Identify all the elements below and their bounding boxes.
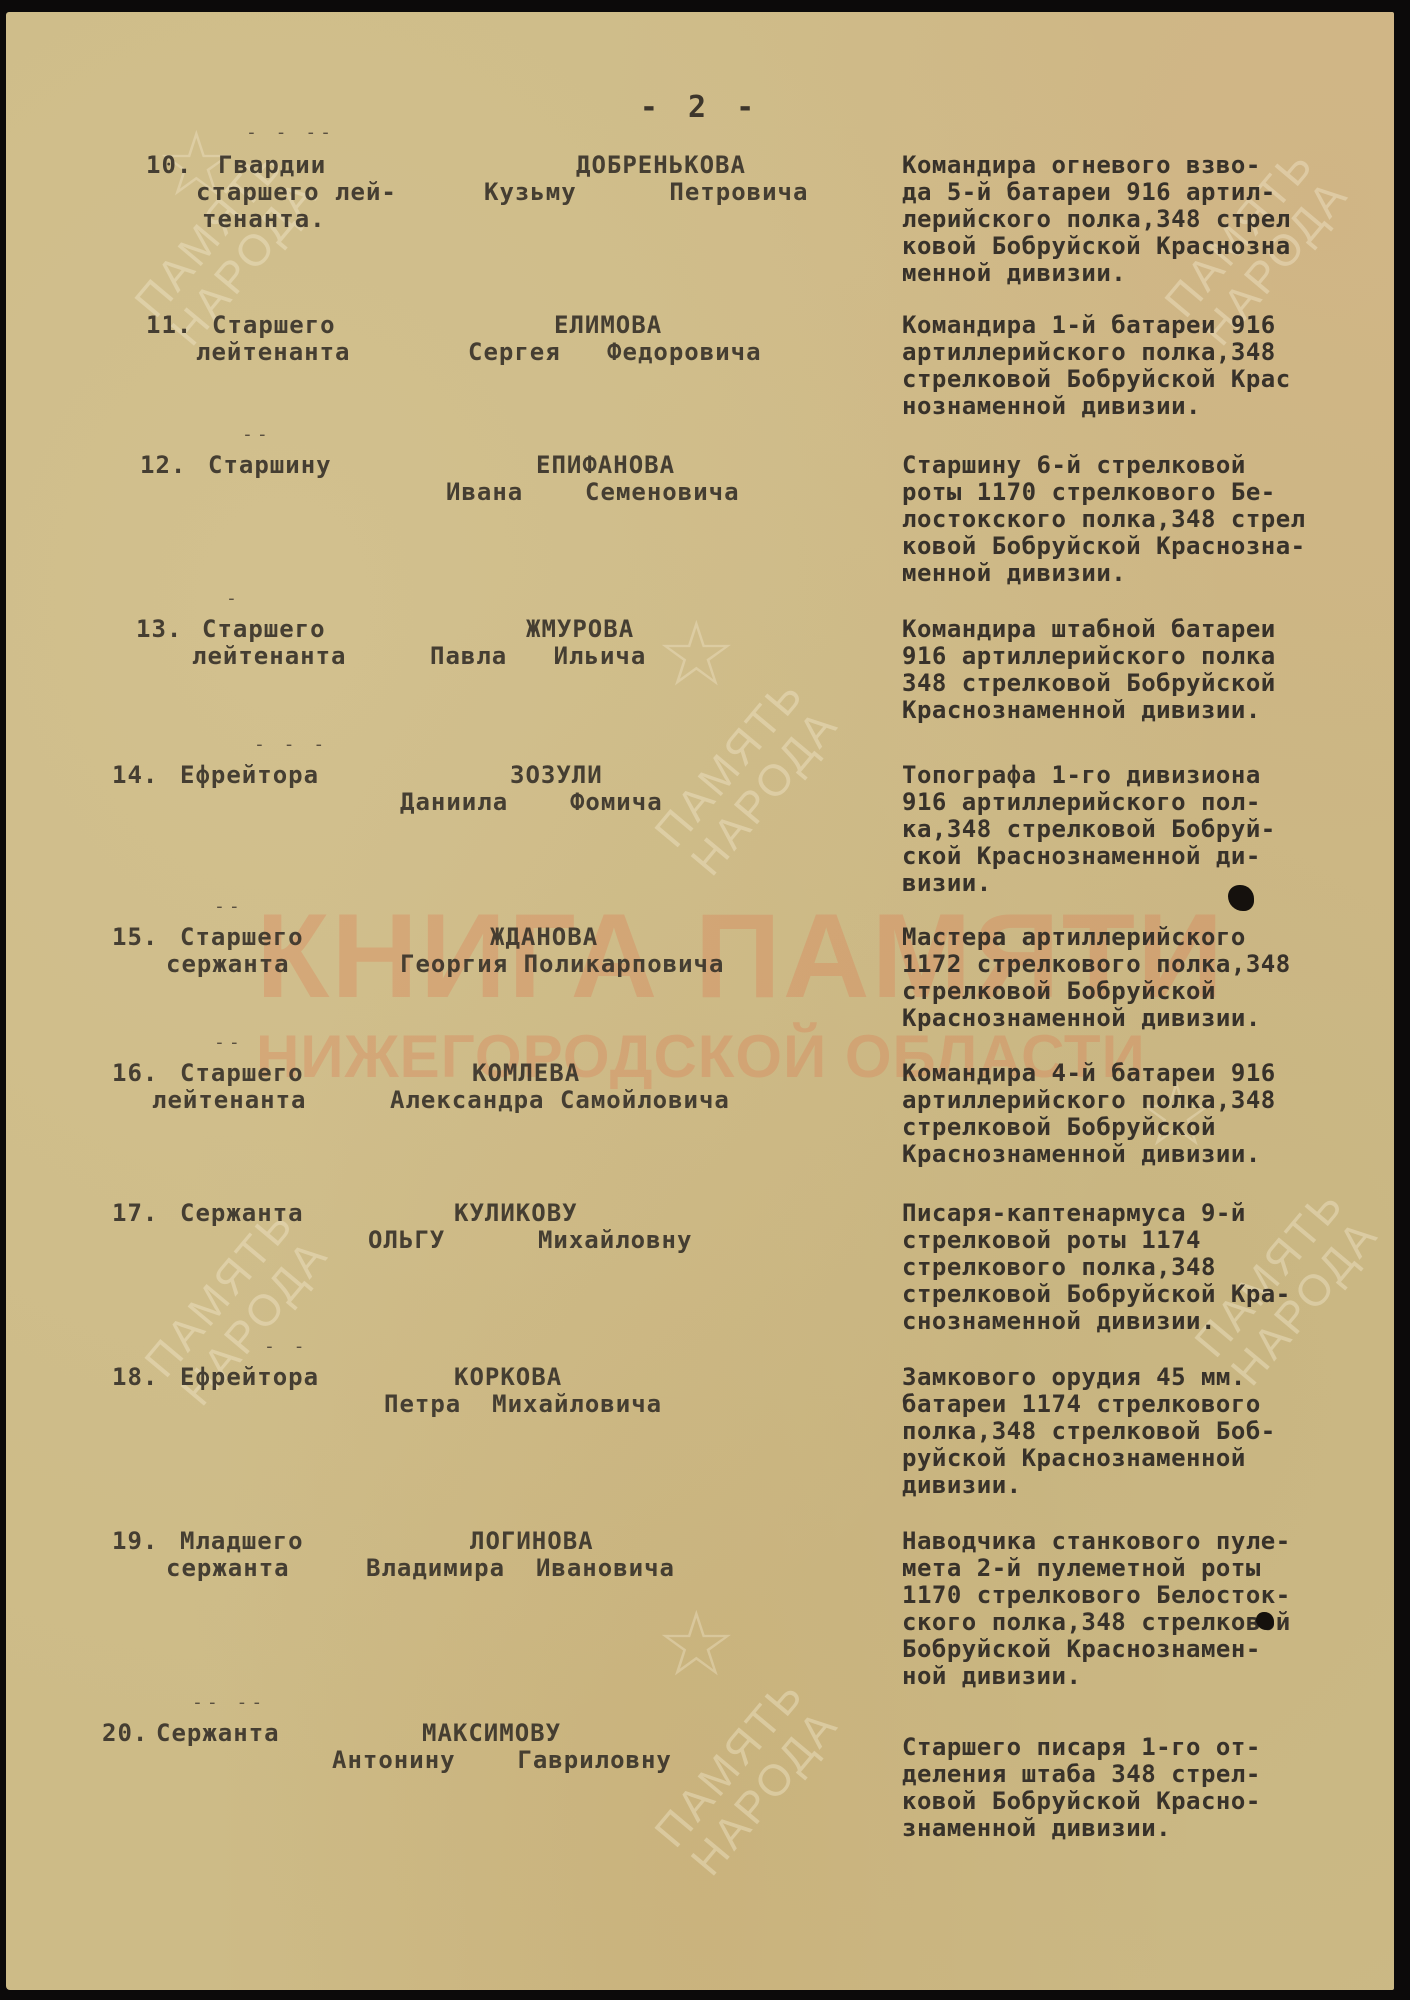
entry-surname: КОРКОВА: [454, 1364, 562, 1391]
separator-dashes: -- --: [192, 1692, 266, 1713]
entry-given-name: ОЛЬГУ Михайловну: [368, 1227, 692, 1254]
entry-rank: Ефрейтора: [180, 762, 319, 789]
entry-surname: ДОБРЕНЬКОВА: [576, 152, 746, 179]
entry-description: Командира 1-й батареи 916 артиллерийског…: [902, 312, 1394, 420]
document-page: ☆ ПАМЯТЬ НАРОДА ПАМЯТЬ НАРОДА ☆ ПАМЯТЬ Н…: [6, 12, 1394, 1990]
entry-description: Наводчика станкового пуле- мета 2-й пуле…: [902, 1528, 1394, 1690]
entry-rank: Старшего: [180, 924, 304, 951]
separator-dashes: - - --: [246, 122, 335, 143]
separator-dashes: - -: [264, 1336, 309, 1357]
entry-given-name: Петра Михайловича: [384, 1391, 662, 1418]
ink-blot: [1228, 885, 1254, 911]
entry-given-name: Сергея Федоровича: [468, 339, 762, 366]
entry-number: 18.: [112, 1364, 158, 1391]
entry-surname: ЖДАНОВА: [490, 924, 598, 951]
entry-rank: Старшего: [212, 312, 336, 339]
entry-number: 16.: [112, 1060, 158, 1087]
entry-number: 13.: [136, 616, 182, 643]
entry-rank: Старшего: [202, 616, 326, 643]
separator-dashes: --: [242, 424, 272, 445]
entry-number: 20.: [102, 1720, 148, 1747]
entry-number: 19.: [112, 1528, 158, 1555]
entry-number: 11.: [146, 312, 192, 339]
entry-rank: сержанта: [166, 951, 290, 978]
entry-number: 17.: [112, 1200, 158, 1227]
entry-description: Мастера артиллерийского 1172 стрелкового…: [902, 924, 1394, 1032]
entry-rank: Сержанта: [180, 1200, 304, 1227]
entry-given-name: Георгия Поликарповича: [400, 951, 724, 978]
entry-surname: КУЛИКОВУ: [454, 1200, 578, 1227]
entry-description: Старшину 6-й стрелковой роты 1170 стрелк…: [902, 452, 1394, 587]
pamyat-naroda-watermark: ПАМЯТЬ НАРОДА: [647, 671, 848, 886]
entry-rank: Младшего: [180, 1528, 304, 1555]
entry-rank: Старшину: [208, 452, 332, 479]
entry-description: Топографа 1-го дивизиона 916 артиллерийс…: [902, 762, 1394, 897]
entry-surname: МАКСИМОВУ: [422, 1720, 561, 1747]
entry-surname: ЖМУРОВА: [526, 616, 634, 643]
entry-surname: ЕПИФАНОВА: [536, 452, 675, 479]
entry-rank: лейтенанта: [196, 339, 351, 366]
entry-rank: Ефрейтора: [180, 1364, 319, 1391]
entry-given-name: Ивана Семеновича: [446, 479, 740, 506]
entry-rank: старшего лей-: [196, 179, 397, 206]
ink-blot: [1256, 1612, 1274, 1630]
separator-dashes: --: [214, 896, 244, 917]
entry-given-name: Даниила Фомича: [400, 789, 663, 816]
entry-rank: Старшего: [180, 1060, 304, 1087]
entry-rank: сержанта: [166, 1555, 290, 1582]
entry-surname: КОМЛЕВА: [472, 1060, 580, 1087]
entry-description: Писаря-каптенармуса 9-й стрелковой роты …: [902, 1200, 1394, 1335]
entry-surname: ЗОЗУЛИ: [510, 762, 603, 789]
entry-description: Командира 4-й батареи 916 артиллерийског…: [902, 1060, 1394, 1168]
star-watermark-icon: ☆: [656, 1592, 737, 1697]
separator-dashes: - - -: [254, 734, 328, 755]
star-watermark-icon: ☆: [656, 602, 737, 707]
entry-rank: лейтенанта: [152, 1087, 307, 1114]
entry-rank: лейтенанта: [192, 643, 347, 670]
entry-rank: Гвардии: [218, 152, 326, 179]
entry-given-name: Александра Самойловича: [390, 1087, 730, 1114]
separator-dashes: -: [226, 588, 241, 609]
pamyat-naroda-watermark: ПАМЯТЬ НАРОДА: [647, 1671, 848, 1886]
page-number: - 2 -: [6, 90, 1394, 125]
entry-description: Старшего писаря 1-го от- деления штаба 3…: [902, 1734, 1394, 1842]
entry-given-name: Кузьму Петровича: [484, 179, 808, 206]
entry-given-name: Владимира Ивановича: [366, 1555, 675, 1582]
entry-given-name: Павла Ильича: [430, 643, 646, 670]
entry-number: 15.: [112, 924, 158, 951]
entry-surname: ЛОГИНОВА: [470, 1528, 594, 1555]
entry-number: 10.: [146, 152, 192, 179]
separator-dashes: --: [214, 1032, 244, 1053]
entry-description: Замкового орудия 45 мм. батареи 1174 стр…: [902, 1364, 1394, 1499]
entry-surname: ЕЛИМОВА: [554, 312, 662, 339]
entry-rank: тенанта.: [202, 206, 326, 233]
entry-description: Командира штабной батареи 916 артиллерий…: [902, 616, 1394, 724]
entry-description: Командира огневого взво- да 5-й батареи …: [902, 152, 1394, 287]
entry-given-name: Антонину Гавриловну: [332, 1747, 672, 1774]
entry-number: 14.: [112, 762, 158, 789]
entry-rank: Сержанта: [156, 1720, 280, 1747]
entry-number: 12.: [140, 452, 186, 479]
